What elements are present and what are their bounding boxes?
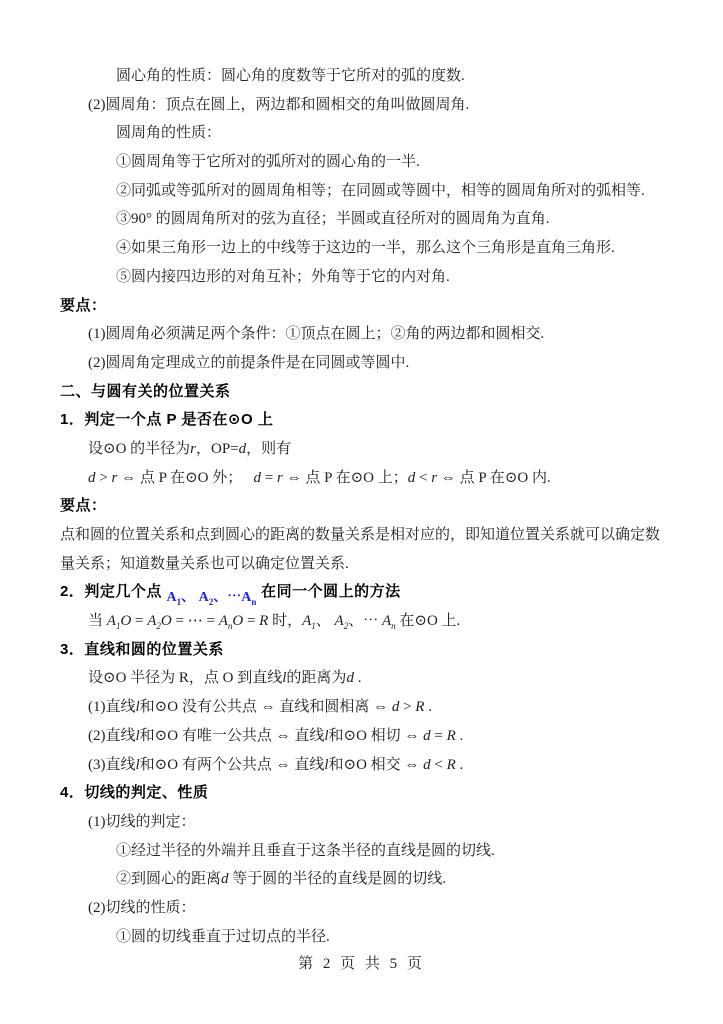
text-line: ②同弧或等弧所对的圆周角相等；在同圆或等圆中，相等的圆周角所对的弧相等.: [60, 177, 670, 206]
body-text: A1: [107, 613, 121, 629]
text-line: ①圆周角等于它所对的弧所对的圆心角的一半.: [60, 148, 670, 177]
text-line: 要点：: [60, 292, 670, 321]
body-text: =: [131, 613, 147, 629]
body-text: .: [456, 757, 464, 773]
math-blue-text: A1: [167, 590, 182, 605]
text-line: (2)切线的性质：: [60, 894, 670, 923]
text-line: (2)圆周角：顶点在圆上，两边都和圆相交的角叫做圆周角.: [60, 91, 670, 120]
text-line: d > r ⇔ 点 P 在⊙O 外； d = r ⇔ 点 P 在⊙O 上；d <…: [60, 464, 670, 493]
text-line: (1)切线的判定：: [60, 808, 670, 837]
body-text: .: [354, 670, 362, 686]
body-text: d: [254, 470, 262, 486]
body-text: 、⋯: [348, 613, 382, 629]
page-number-footer: 第 2 页 共 5 页: [0, 952, 723, 973]
body-text: d: [88, 470, 96, 486]
body-text: 在⊙O 上.: [396, 613, 461, 629]
body-text: d: [221, 871, 229, 887]
text-line: 当 A1O = A2O = ⋯ = AnO = R 时，A1、 A2、⋯ An …: [60, 607, 670, 636]
body-text: ⇔ 点 P 在⊙O 外；: [117, 470, 253, 486]
document-lines: 圆心角的性质：圆心角的度数等于它所对的弧的度数.(2)圆周角：顶点在圆上，两边都…: [60, 62, 670, 951]
body-text: ，OP=: [196, 441, 239, 457]
body-text: (1)直线: [88, 699, 136, 715]
math-blue-text: 、⋯: [213, 590, 241, 605]
body-text: (2)圆周角定理成立的前提条件是在同圆或等圆中.: [88, 355, 409, 371]
body-text: O: [232, 613, 243, 629]
math-blue-text: A2: [199, 590, 214, 605]
body-text: ⇔ 点 P 在⊙O 上；: [283, 470, 408, 486]
text-line: 2．判定几个点 A1、 A2、⋯An 在同一个圆上的方法: [60, 578, 670, 607]
body-text: 当: [88, 613, 107, 629]
heading-text: 要点：: [60, 497, 107, 514]
text-line: 圆心角的性质：圆心角的度数等于它所对的弧的度数.: [60, 62, 670, 91]
heading-text: 在同一个圆上的方法: [256, 583, 400, 600]
text-line: (3)直线l和⊙O 有两个公共点 ⇔ 直线l和⊙O 相交 ⇔ d < R .: [60, 751, 670, 780]
text-line: (1)直线l和⊙O 没有公共点 ⇔ 直线和圆相离 ⇔ d > R .: [60, 693, 670, 722]
body-text: >: [96, 470, 112, 486]
text-line: 点和圆的位置关系和点到圆心的距离的数量关系是相对应的，即知道位置关系就可以确定数: [60, 521, 670, 550]
text-line: (2)直线l和⊙O 有唯一公共点 ⇔ 直线l和⊙O 相切 ⇔ d = R .: [60, 722, 670, 751]
body-text: A2: [335, 613, 349, 629]
body-text: ⇔ 点 P 在⊙O 内.: [437, 470, 551, 486]
body-text: ④如果三角形一边上的中线等于这边的一半，那么这个三角形是直角三角形.: [116, 240, 615, 256]
body-text: ①圆的切线垂直于过切点的半径.: [116, 929, 330, 945]
body-text: 设⊙O 半径为 R，点 O 到直线: [88, 670, 282, 686]
math-blue-text: 、: [181, 590, 199, 605]
document-page: 圆心角的性质：圆心角的度数等于它所对的弧的度数.(2)圆周角：顶点在圆上，两边都…: [0, 0, 723, 1024]
text-line: (1)圆周角必须满足两个条件：①顶点在圆上；②角的两边都和圆相交.: [60, 320, 670, 349]
body-text: =: [243, 613, 259, 629]
body-text: O: [161, 613, 172, 629]
body-text: = ⋯ =: [172, 613, 219, 629]
body-text: ③90° 的圆周角所对的弦为直径；半圆或直径所对的圆周角为直角.: [116, 211, 550, 227]
body-text: <: [431, 757, 447, 773]
text-line: 设⊙O 的半径为r，OP=d，则有: [60, 435, 670, 464]
body-text: 和⊙O 相切 ⇔: [329, 728, 424, 744]
body-text: =: [261, 470, 277, 486]
text-line: (2)圆周角定理成立的前提条件是在同圆或等圆中.: [60, 349, 670, 378]
body-text: 和⊙O 相交 ⇔: [329, 757, 424, 773]
body-text: R: [259, 613, 268, 629]
text-line: ①经过半径的外端并且垂直于这条半径的直线是圆的切线.: [60, 837, 670, 866]
text-line: 要点：: [60, 492, 670, 521]
body-text: A1: [302, 613, 316, 629]
body-text: 和⊙O 有唯一公共点 ⇔ 直线: [140, 728, 325, 744]
text-line: 设⊙O 半径为 R，点 O 到直线l的距离为d .: [60, 664, 670, 693]
text-line: ②到圆心的距离d 等于圆的半径的直线是圆的切线.: [60, 865, 670, 894]
text-line: ④如果三角形一边上的中线等于这边的一半，那么这个三角形是直角三角形.: [60, 234, 670, 263]
heading-text: 二、与圆有关的位置关系: [60, 383, 231, 400]
text-line: 3．直线和圆的位置关系: [60, 636, 670, 665]
body-text: A2: [147, 613, 161, 629]
body-text: R: [447, 728, 456, 744]
body-text: <: [415, 470, 431, 486]
heading-text: 4．切线的判定、性质: [60, 784, 208, 801]
body-text: ，则有: [246, 441, 291, 457]
body-text: (2)切线的性质：: [88, 900, 196, 916]
text-line: 4．切线的判定、性质: [60, 779, 670, 808]
body-text: 等于圆的半径的直线是圆的切线.: [229, 871, 447, 887]
body-text: 和⊙O 没有公共点 ⇔ 直线和圆相离 ⇔: [140, 699, 392, 715]
body-text: 设⊙O 的半径为: [88, 441, 190, 457]
body-text: An: [219, 613, 233, 629]
heading-text: 要点：: [60, 297, 107, 314]
text-line: 1．判定一个点 P 是否在⊙O 上: [60, 406, 670, 435]
text-line: ①圆的切线垂直于过切点的半径.: [60, 923, 670, 952]
body-text: .: [456, 728, 464, 744]
body-text: 量关系；知道数量关系也可以确定位置关系.: [60, 556, 349, 572]
body-text: (2)圆周角：顶点在圆上，两边都和圆相交的角叫做圆周角.: [88, 97, 469, 113]
body-text: 圆周角的性质：: [116, 125, 221, 141]
text-line: ⑤圆内接四边形的对角互补；外角等于它的内对角.: [60, 263, 670, 292]
body-text: ①经过半径的外端并且垂直于这条半径的直线是圆的切线.: [116, 843, 495, 859]
heading-text: 1．判定一个点 P 是否在⊙O 上: [60, 411, 273, 428]
body-text: .: [424, 699, 432, 715]
body-text: O: [120, 613, 131, 629]
body-text: 点和圆的位置关系和点到圆心的距离的数量关系是相对应的，即知道位置关系就可以确定数: [60, 527, 660, 543]
body-text: (2)直线: [88, 728, 136, 744]
body-text: 时，: [268, 613, 302, 629]
text-line: 量关系；知道数量关系也可以确定位置关系.: [60, 550, 670, 579]
body-text: ⑤圆内接四边形的对角互补；外角等于它的内对角.: [116, 269, 450, 285]
body-text: (3)直线: [88, 757, 136, 773]
body-text: R: [447, 757, 456, 773]
body-text: ②同弧或等弧所对的圆周角相等；在同圆或等圆中，相等的圆周角所对的弧相等.: [116, 183, 645, 199]
body-text: d: [346, 670, 354, 686]
body-text: (1)圆周角必须满足两个条件：①顶点在圆上；②角的两边都和圆相交.: [88, 326, 544, 342]
body-text: 的距离为: [286, 670, 346, 686]
body-text: An: [382, 613, 396, 629]
body-text: >: [399, 699, 415, 715]
body-text: =: [431, 728, 447, 744]
math-blue-text: An: [241, 590, 256, 605]
heading-text: 3．直线和圆的位置关系: [60, 641, 224, 658]
text-line: 圆周角的性质：: [60, 119, 670, 148]
body-text: d: [423, 728, 431, 744]
body-text: 圆心角的性质：圆心角的度数等于它所对的弧的度数.: [116, 68, 465, 84]
body-text: ②到圆心的距离: [116, 871, 221, 887]
body-text: d: [423, 757, 431, 773]
body-text: 、: [316, 613, 335, 629]
body-text: ①圆周角等于它所对的弧所对的圆心角的一半.: [116, 154, 420, 170]
body-text: 和⊙O 有两个公共点 ⇔ 直线: [140, 757, 325, 773]
text-line: ③90° 的圆周角所对的弦为直径；半圆或直径所对的圆周角为直角.: [60, 205, 670, 234]
text-line: 二、与圆有关的位置关系: [60, 378, 670, 407]
heading-text: 2．判定几个点: [60, 583, 167, 600]
body-text: (1)切线的判定：: [88, 814, 196, 830]
